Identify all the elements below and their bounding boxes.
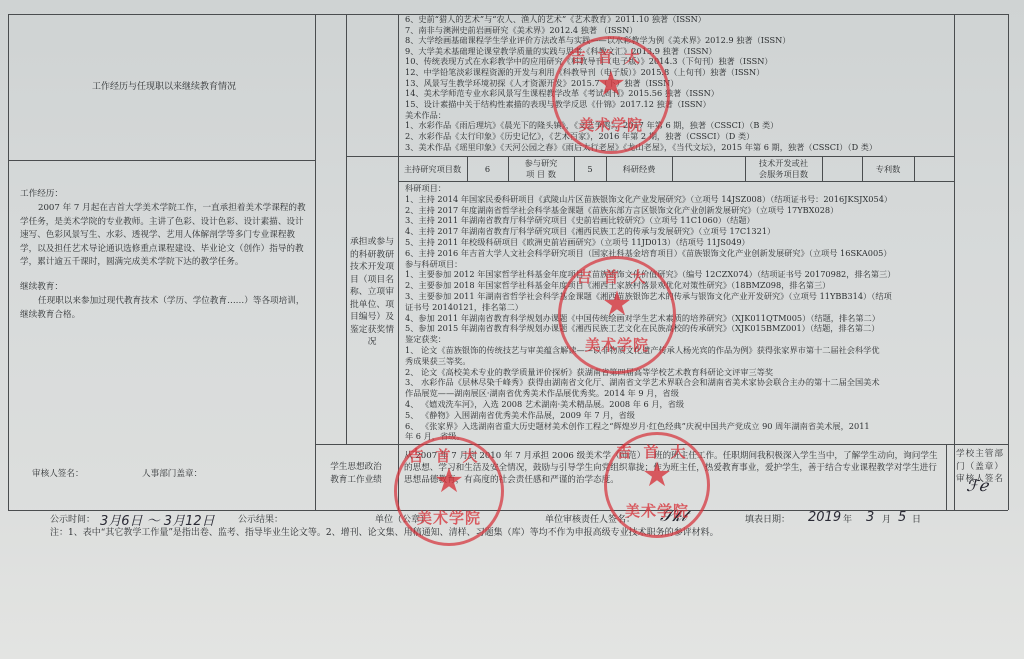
publicity-time-label: 公示时间： — [50, 515, 95, 526]
award-item: 4、 《嬉戏洗车河》，入选 2008 艺术湖南·美术精品展。2008 年 6 月… — [405, 399, 684, 410]
reviewer-signature-label: 审核人签名： — [32, 469, 84, 480]
award-item: 作品展览——湖南展区·湖南省优秀美术作品展优秀奖。2014 年 9 月，省级 — [405, 388, 679, 399]
host-projects-label: 主持研究项目数 — [398, 164, 467, 175]
research-host-item: 4、主持 2017 年湖南省教育厅科学研究项目《湘西民族工艺的传承与发展研究》（… — [405, 226, 775, 237]
application-form-sheet: 工作经历与任现职以来继续教育情况 工作经历： 2007 年 7 月起在吉首大学美… — [0, 0, 1024, 659]
day-char: 日 — [912, 515, 921, 526]
continuing-education-body: 任现职以来参加过现代教育技术（学历、学位教育……）等各项培训，继续教育合格。 — [20, 295, 308, 322]
stamp-bottom-text: 美术学院 — [397, 507, 501, 528]
frame-left — [8, 14, 9, 510]
award-heading: 鉴定获奖： — [405, 334, 446, 345]
star-icon: ★ — [596, 67, 626, 101]
stats-cell-div — [822, 156, 823, 181]
join-projects-label-1: 参与研究 — [508, 158, 574, 169]
research-join-item: 证书号 20140121，排名第二） — [405, 302, 523, 313]
artworks-heading: 美术作品： — [405, 110, 446, 121]
research-funding-label: 科研经费 — [606, 164, 672, 175]
footer-note: 注：1、表中“其它教学工作量”是指出卷、监考、指导毕业生论文等。2、增刊、论文集… — [50, 528, 719, 539]
publication-item: 6、史前“猎人的艺术”与“农人、渔人的艺术”《艺术教育》2011.10 独著（I… — [405, 14, 706, 25]
fill-date-day: 5 — [898, 510, 906, 525]
stats-row-bottom — [398, 181, 954, 182]
tech-service-label-1: 技术开发或社 — [745, 158, 822, 169]
school-seal-stamp: 吉首大 ★ 美术学院 — [558, 256, 676, 374]
host-projects-value: 6 — [467, 164, 508, 175]
publicity-result-label: 公示结果： — [238, 515, 283, 526]
award-item: 3、 水彩作品《层林尽染千峰秀》获得由湖南省文化厅、湖南省文学艺术界联合会和湖南… — [405, 377, 880, 388]
ideology-side-div — [946, 444, 947, 510]
stats-cell-div — [914, 156, 915, 181]
fill-date-label: 填表日期： — [745, 515, 790, 526]
continuing-education-heading: 继续教育： — [20, 282, 63, 293]
join-projects-label-2: 项 目 数 — [508, 169, 574, 180]
publicity-time-value: 3月6日 ～ 3月12日 — [100, 510, 215, 529]
school-seal-stamp: 吉首大 ★ 美术学院 — [394, 436, 504, 546]
school-dept-signature: ℱℯ — [966, 476, 988, 495]
school-seal-stamp: 吉首大 ★ 美术学院 — [604, 432, 710, 538]
star-icon: ★ — [434, 464, 464, 498]
school-seal-stamp: 吉首大 ★ 美术学院 — [552, 36, 670, 154]
work-experience-heading: 工作经历： — [20, 189, 63, 200]
star-icon: ★ — [642, 458, 672, 492]
star-icon: ★ — [602, 287, 632, 321]
fill-date-month: 3 — [866, 510, 874, 525]
col-divider-right — [954, 14, 955, 510]
frame-right — [1008, 14, 1009, 510]
hr-stamp-label: 人事部门盖章： — [142, 469, 202, 480]
left-row-divider — [8, 160, 315, 161]
research-host-item: 6、主持 2016 年吉首大学人文社会科学研究项目（国家社科基金培育项目）《苗族… — [405, 248, 892, 259]
research-host-heading: 科研项目： — [405, 183, 446, 194]
ideology-label-2: 教育工作业绩 — [318, 475, 394, 486]
stamp-bottom-text: 美术学院 — [561, 334, 673, 355]
award-item: 6、 《张家界》入选湖南省重大历史题材美术创作工程之“辉煌岁月·红色经典”庆祝中… — [405, 421, 870, 432]
publication-item: 7、南非与澳洲史前岩画研究《美术界》2012.4 独著 （ISSN） — [405, 25, 637, 36]
stamp-bottom-text: 美术学院 — [607, 500, 707, 521]
stats-cell-div — [672, 156, 673, 181]
award-item: 5、 《静物》入围湖南省优秀美术作品展，2009 年 7 月，省级 — [405, 410, 635, 421]
research-host-item: 1、主持 2014 年国家民委科研项目《武陵山片区苗族银饰文化产业发展研究》（立… — [405, 194, 892, 205]
col-divider-2 — [346, 14, 347, 444]
section-title-work-education: 工作经历与任现职以来继续教育情况 — [92, 82, 236, 93]
col-divider-3 — [398, 14, 399, 510]
work-experience-body: 2007 年 7 月起在吉首大学美术学院工作，一直承担着美术学课程的教学任务，是… — [20, 202, 308, 270]
research-host-item: 3、主持 2011 年湖南省教育厅科学研究项目《史前岩画比较研究》（立项号 11… — [405, 215, 755, 226]
patent-label: 专利数 — [862, 164, 914, 175]
tech-service-label-2: 会服务项目数 — [745, 169, 822, 180]
col-divider-1 — [315, 14, 316, 510]
year-char: 年 — [843, 515, 852, 526]
fill-date-year: 2019 — [808, 510, 841, 525]
research-projects-label: 承担或参与的科研教研技术开发项目（项目名称、立项审批单位、项目编号）及鉴定获奖情… — [350, 236, 394, 349]
award-item: 2、 论文《高校美术专业的教学质量评价探析》获湖南省第四届高等学校艺术教育科研论… — [405, 367, 773, 378]
research-join-heading: 参与科研项目： — [405, 259, 462, 270]
ideology-label-1: 学生思想政治 — [318, 462, 394, 473]
join-projects-value: 5 — [574, 164, 606, 175]
research-host-item: 5、主持 2011 年校级科研项目《欧洲史前岩画研究》（立项号 11JD013）… — [405, 237, 750, 248]
month-char: 月 — [882, 515, 891, 526]
award-item: 秀成果获三等奖。 — [405, 356, 471, 367]
stamp-bottom-text: 美术学院 — [555, 114, 667, 135]
research-host-item: 2、主持 2017 年度湖南省哲学社会科学基金课题《苗族东部方言区银饰文化产业创… — [405, 205, 838, 216]
